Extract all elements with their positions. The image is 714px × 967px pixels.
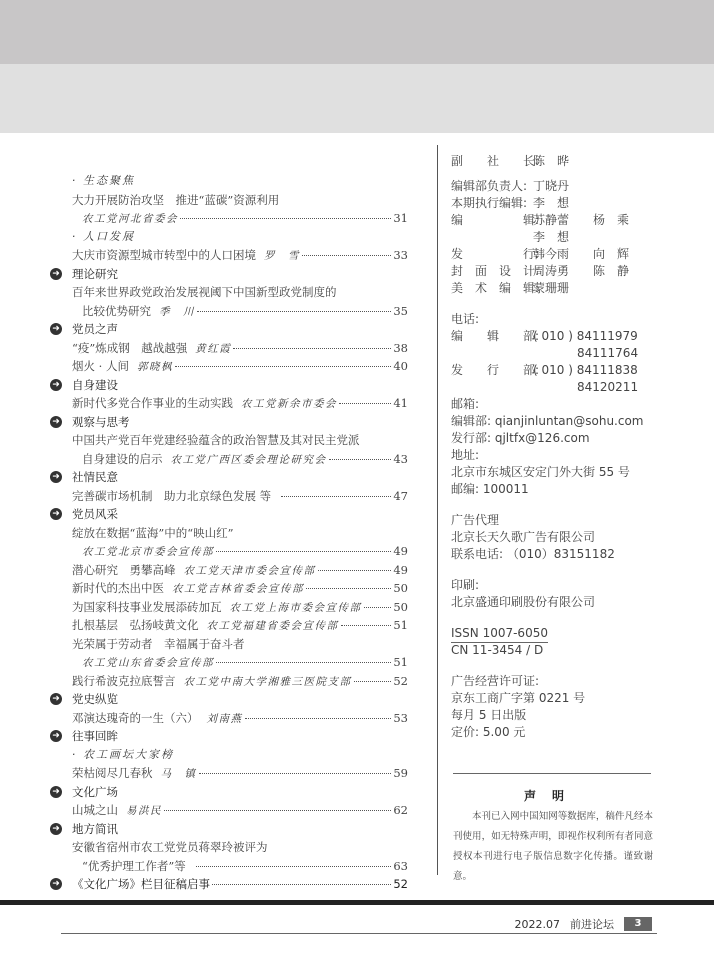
arrow-circle-icon: ➜	[50, 823, 62, 835]
entry-author: 农工党山东省委会宣传部	[82, 654, 214, 673]
page-ref: 59	[393, 764, 408, 783]
license: 京东工商广字第 0221 号	[451, 690, 701, 707]
entry-title: 潜心研究 勇攀高峰	[72, 561, 176, 580]
entry-author: 黄红霞	[195, 340, 231, 359]
entry-author: 农工党新余市委会	[241, 395, 337, 414]
toc-entry[interactable]: “疫”炼成钢 越战越强黄红霞38	[50, 339, 408, 358]
phone-row: 84120211	[451, 379, 701, 396]
section-label: 文化广场	[72, 785, 118, 799]
entry-author: 罗 雪	[264, 247, 300, 266]
page-ref: 31	[393, 209, 408, 228]
entry-author: 农工党中南大学湘雅三医院支部	[184, 673, 352, 692]
leader-dots	[281, 496, 391, 497]
staff-row: 李 想	[451, 229, 701, 246]
toc-entry[interactable]: 大庆市资源型城市转型中的人口困境罗 雪33	[50, 246, 408, 265]
page-ref: 51	[393, 616, 408, 635]
page-number: 3	[624, 917, 652, 931]
section-label: 往事回眸	[72, 729, 118, 743]
staff-row: 编 辑:苏静蕾 杨 乘	[451, 212, 701, 229]
staff-row: 美 术 编 辑:蒙珊珊	[451, 280, 701, 297]
print-company: 北京盛通印刷股份有限公司	[451, 594, 701, 611]
toc-entry[interactable]: 为国家科技事业发展添砖加瓦农工党上海市委会宣传部50	[50, 598, 408, 617]
toc-entry[interactable]: 完善碳市场机制 助力北京绿色发展 等47	[50, 487, 408, 506]
arrow-circle-icon: ➜	[50, 379, 62, 391]
leader-dots	[212, 884, 391, 885]
header-band-light	[0, 64, 714, 133]
page-ref: 50	[393, 598, 408, 617]
staff-role: 副 社 长:	[451, 153, 533, 170]
staff-row: 编辑部负责人:丁晓丹	[451, 178, 701, 195]
leader-dots	[354, 681, 392, 682]
toc-entry[interactable]: 潜心研究 勇攀高峰农工党天津市委会宣传部49	[50, 561, 408, 580]
bottom-rule	[0, 900, 714, 905]
entry-title: 完善碳市场机制 助力北京绿色发展 等	[72, 487, 271, 506]
staff-name: 周涛勇 陈 静	[533, 264, 629, 278]
page-ref: 63	[393, 857, 408, 876]
page-ref: 43	[393, 450, 408, 469]
notice-body: 本刊已入网中国知网等数据库，稿件凡经本刊使用，如无特殊声明，即视作权利所有者同意…	[453, 807, 653, 887]
page-ref: 50	[393, 579, 408, 598]
table-of-contents: · 生态聚焦大力开展防治攻坚 推进“蓝碳”资源利用农工党河北省委会31· 人口发…	[50, 172, 408, 894]
staff-role: 发 行:	[451, 246, 533, 263]
masthead: 副 社 长:陈 晔编辑部负责人:丁晓丹本期执行编辑:李 想编 辑:苏静蕾 杨 乘…	[451, 153, 701, 741]
toc-entry[interactable]: 自身建设的启示农工党广西区委会理论研究会43	[50, 450, 408, 469]
email-distribution: 发行部: qjltfx@126.com	[451, 430, 701, 447]
entry-title: 荣枯阅尽几春秋	[72, 764, 153, 783]
phone-list: 编 辑 部:( 010 ) 8411197984111764发 行 部:( 01…	[451, 328, 701, 396]
issn: ISSN 1007-6050	[451, 625, 548, 643]
toc-section: ➜党员之声	[50, 320, 408, 339]
toc-entry[interactable]: 邓演达瑰奇的一生（六）刘南燕53	[50, 709, 408, 728]
entry-title: 大庆市资源型城市转型中的人口困境	[72, 246, 256, 265]
staff-row: 发 行:韩今雨 向 辉	[451, 246, 701, 263]
toc-section: ➜社情民意	[50, 468, 408, 487]
entry-title: 新时代多党合作事业的生动实践	[72, 394, 233, 413]
toc-title-line: 百年来世界政党政治发展视阈下中国新型政党制度的	[50, 283, 408, 302]
page-ref: 52	[393, 672, 408, 691]
phone-number: 84111764	[533, 346, 638, 360]
staff-role: 编辑部负责人:	[451, 178, 533, 195]
section-label: 社情民意	[72, 470, 118, 484]
toc-section[interactable]: ➜《文化广场》栏目征稿启事52	[50, 875, 408, 894]
toc-section: ➜观察与思考	[50, 413, 408, 432]
staff-role: 编 辑:	[451, 212, 533, 229]
toc-title-line: 中国共产党百年党建经验蕴含的政治智慧及其对民主党派	[50, 431, 408, 450]
leader-dots	[306, 588, 391, 589]
entry-author: 易洪民	[126, 802, 162, 821]
entry-title: 《文化广场》栏目征稿启事	[72, 875, 210, 894]
entry-title: 为国家科技事业发展添砖加瓦	[72, 598, 222, 617]
toc-section: ➜往事回眸	[50, 727, 408, 746]
notice-divider	[453, 773, 651, 774]
page-ref: 35	[393, 302, 408, 321]
magazine-name: 前进论坛	[570, 916, 614, 932]
toc-entry[interactable]: 山城之山易洪民62	[50, 801, 408, 820]
page-ref: 49	[393, 542, 408, 561]
section-label: 党史纵览	[72, 692, 118, 706]
entry-author: 农工党福建省委会宣传部	[207, 617, 339, 636]
arrow-circle-icon: ➜	[50, 508, 62, 520]
section-label: 理论研究	[72, 267, 118, 281]
staff-name: 蒙珊珊	[533, 281, 569, 295]
section-label: 自身建设	[72, 378, 118, 392]
phone-dept: 编 辑 部:	[451, 328, 533, 345]
leader-dots	[216, 662, 391, 663]
phone-row: 发 行 部:( 010 ) 84111838	[451, 362, 701, 379]
entry-author: 马 镇	[161, 765, 197, 784]
page-ref: 41	[393, 394, 408, 413]
page-ref: 49	[393, 561, 408, 580]
entry-title: 山城之山	[72, 801, 118, 820]
toc-title-line: 大力开展防治攻坚 推进“蓝碳”资源利用	[50, 191, 408, 210]
leader-dots	[164, 810, 391, 811]
arrow-circle-icon: ➜	[50, 323, 62, 335]
print-heading: 印刷:	[451, 577, 701, 594]
leader-dots	[318, 570, 392, 571]
leader-dots	[329, 459, 392, 460]
toc-entry[interactable]: 烟火 · 人间郭晓枫40	[50, 357, 408, 376]
leader-dots	[245, 718, 392, 719]
arrow-circle-icon: ➜	[50, 693, 62, 705]
staff-role: 美 术 编 辑:	[451, 280, 533, 297]
toc-entry[interactable]: 扎根基层 弘扬岐黄文化农工党福建省委会宣传部51	[50, 616, 408, 635]
footer-rule	[61, 933, 657, 934]
page-ref: 53	[393, 709, 408, 728]
phone-row: 编 辑 部:( 010 ) 84111979	[451, 328, 701, 345]
issue-date: 2022.07	[515, 918, 561, 931]
arrow-circle-icon: ➜	[50, 878, 62, 890]
page-ref: 51	[393, 653, 408, 672]
toc-subsection: · 生态聚焦	[50, 172, 408, 191]
entry-author: 季 川	[159, 303, 195, 322]
leader-dots	[341, 625, 392, 626]
staff-role: 本期执行编辑:	[451, 195, 533, 212]
toc-title-line: 绽放在数据“蓝海”中的“映山红”	[50, 524, 408, 543]
entry-author: 农工党天津市委会宣传部	[184, 562, 316, 581]
page-ref: 33	[393, 246, 408, 265]
entry-title: 烟火 · 人间	[72, 357, 129, 376]
toc-entry[interactable]: 比较优势研究季 川35	[50, 302, 408, 321]
email-heading: 邮箱:	[451, 396, 701, 413]
postcode: 邮编: 100011	[451, 481, 701, 498]
entry-author: 农工党吉林省委会宣传部	[172, 580, 304, 599]
column-divider	[437, 145, 438, 875]
page-ref: 52	[393, 875, 408, 894]
staff-row: 封 面 设 计:周涛勇 陈 静	[451, 263, 701, 280]
arrow-circle-icon: ➜	[50, 730, 62, 742]
email-editorial: 编辑部: qianjinluntan@sohu.com	[451, 413, 701, 430]
leader-dots	[302, 255, 391, 256]
toc-section: ➜理论研究	[50, 265, 408, 284]
toc-subsection: · 农工画坛大家榜	[50, 746, 408, 765]
staff-name: 丁晓丹	[533, 179, 569, 193]
staff-row: 本期执行编辑:李 想	[451, 195, 701, 212]
toc-entry[interactable]: 新时代的杰出中医农工党吉林省委会宣传部50	[50, 579, 408, 598]
leader-dots	[196, 866, 392, 867]
staff-name: 陈 晔	[533, 154, 569, 168]
phone-dept: 发 行 部:	[451, 362, 533, 379]
address: 北京市东城区安定门外大街 55 号	[451, 464, 701, 481]
toc-section: ➜地方简讯	[50, 820, 408, 839]
staff-list: 副 社 长:陈 晔编辑部负责人:丁晓丹本期执行编辑:李 想编 辑:苏静蕾 杨 乘…	[451, 153, 701, 297]
cn-number: CN 11-3454 / D	[451, 642, 701, 659]
entry-author: 农工党广西区委会理论研究会	[171, 451, 327, 470]
leader-dots	[197, 311, 391, 312]
ad-phone: 联系电话: （010）83151182	[451, 546, 701, 563]
entry-title: “优秀护理工作者”等	[82, 857, 186, 876]
leader-dots	[175, 366, 391, 367]
entry-title: 新时代的杰出中医	[72, 579, 164, 598]
page-ref: 47	[393, 487, 408, 506]
price: 定价: 5.00 元	[451, 724, 701, 741]
entry-author: 刘南燕	[207, 710, 243, 729]
address-heading: 地址:	[451, 447, 701, 464]
toc-entry[interactable]: 践行希波克拉底誓言农工党中南大学湘雅三医院支部52	[50, 672, 408, 691]
leader-dots	[339, 403, 391, 404]
entry-title: 比较优势研究	[82, 302, 151, 321]
entry-author: 农工党河北省委会	[82, 210, 178, 229]
toc-entry[interactable]: 荣枯阅尽几春秋马 镇59	[50, 764, 408, 783]
leader-dots	[364, 607, 392, 608]
page-footer: 2022.07 前进论坛 3	[515, 916, 653, 932]
staff-name: 苏静蕾 杨 乘	[533, 213, 629, 227]
ad-heading: 广告代理	[451, 512, 701, 529]
phone-row: 84111764	[451, 345, 701, 362]
entry-title: 邓演达瑰奇的一生（六）	[72, 709, 199, 728]
staff-name: 韩今雨 向 辉	[533, 247, 629, 261]
schedule: 每月 5 日出版	[451, 707, 701, 724]
section-label: 党员风采	[72, 507, 118, 521]
license-heading: 广告经营许可证:	[451, 673, 701, 690]
toc-title-line: 安徽省宿州市农工党党员蒋翠玲被评为	[50, 838, 408, 857]
toc-section: ➜文化广场	[50, 783, 408, 802]
arrow-circle-icon: ➜	[50, 471, 62, 483]
leader-dots	[199, 773, 392, 774]
header-band-dark	[0, 0, 714, 64]
entry-author: 农工党北京市委会宣传部	[82, 543, 214, 562]
toc-section: ➜党史纵览	[50, 690, 408, 709]
leader-dots	[216, 551, 391, 552]
staff-name: 李 想	[533, 230, 569, 244]
phone-number: ( 010 ) 84111838	[533, 363, 638, 377]
staff-name: 李 想	[533, 196, 569, 210]
staff-role: 封 面 设 计:	[451, 263, 533, 280]
leader-dots	[233, 348, 391, 349]
entry-author: 农工党上海市委会宣传部	[230, 599, 362, 618]
entry-author: 郭晓枫	[137, 358, 173, 377]
toc-subsection: · 人口发展	[50, 228, 408, 247]
page-ref: 40	[393, 357, 408, 376]
toc-title-line: 光荣属于劳动者 幸福属于奋斗者	[50, 635, 408, 654]
phone-number: 84120211	[533, 380, 638, 394]
section-label: 观察与思考	[72, 415, 130, 429]
toc-entry[interactable]: 农工党河北省委会31	[50, 209, 408, 228]
ad-company: 北京长天久歌广告有限公司	[451, 529, 701, 546]
page-ref: 38	[393, 339, 408, 358]
arrow-circle-icon: ➜	[50, 786, 62, 798]
toc-section: ➜自身建设	[50, 376, 408, 395]
toc-section: ➜党员风采	[50, 505, 408, 524]
staff-row: 副 社 长:陈 晔	[451, 153, 701, 170]
toc-entry[interactable]: 农工党山东省委会宣传部51	[50, 653, 408, 672]
section-label: 地方简讯	[72, 822, 118, 836]
phone-number: ( 010 ) 84111979	[533, 329, 638, 343]
page-ref: 62	[393, 801, 408, 820]
arrow-circle-icon: ➜	[50, 416, 62, 428]
section-label: 党员之声	[72, 322, 118, 336]
toc-entry[interactable]: “优秀护理工作者”等63	[50, 857, 408, 876]
entry-title: 扎根基层 弘扬岐黄文化	[72, 616, 199, 635]
entry-title: “疫”炼成钢 越战越强	[72, 339, 187, 358]
entry-title: 践行希波克拉底誓言	[72, 672, 176, 691]
arrow-circle-icon: ➜	[50, 268, 62, 280]
toc-entry[interactable]: 新时代多党合作事业的生动实践农工党新余市委会41	[50, 394, 408, 413]
phone-heading: 电话:	[451, 311, 701, 328]
toc-entry[interactable]: 农工党北京市委会宣传部49	[50, 542, 408, 561]
notice-title: 声明	[453, 787, 651, 804]
entry-title: 自身建设的启示	[82, 450, 163, 469]
leader-dots	[180, 218, 391, 219]
